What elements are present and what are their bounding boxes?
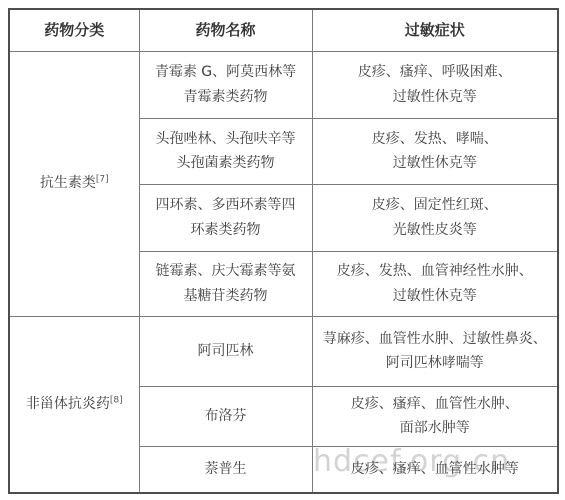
drug-name-cell: 阿司匹林 xyxy=(139,316,312,386)
drug-name-cell: 四环素、多西环素等四 环素类药物 xyxy=(139,184,312,251)
drug-name-cell: 布洛芬 xyxy=(139,386,312,446)
drug-name-cell: 链霉素、庆大霉素等氨 基糖苷类药物 xyxy=(139,251,312,316)
table-row: 非甾体抗炎药[8] 阿司匹林 荨麻疹、血管性水肿、过敏性鼻炎、 阿司匹林哮喘等 xyxy=(9,316,558,386)
category-label: 非甾体抗炎药 xyxy=(26,396,110,412)
table-header-row: 药物分类 药物名称 过敏症状 xyxy=(9,9,558,51)
header-drug-name: 药物名称 xyxy=(139,9,312,51)
drug-name-cell: 青霉素 G、阿莫西林等 青霉素类药物 xyxy=(139,51,312,118)
drug-allergy-table: 药物分类 药物名称 过敏症状 抗生素类[7] 青霉素 G、阿莫西林等 青霉素类药… xyxy=(8,8,559,494)
symptoms-cell: 皮疹、发热、哮喘、 过敏性休克等 xyxy=(312,118,558,184)
page: hdcef.org.cn 药物分类 药物名称 过敏症状 抗生素类[7] 青霉素 … xyxy=(0,0,565,500)
symptoms-cell: 皮疹、瘙痒、血管性水肿等 xyxy=(312,446,558,493)
header-allergy-symptoms: 过敏症状 xyxy=(312,9,558,51)
category-reference: [8] xyxy=(110,395,123,405)
symptoms-cell: 荨麻疹、血管性水肿、过敏性鼻炎、 阿司匹林哮喘等 xyxy=(312,316,558,386)
category-cell-antibiotics: 抗生素类[7] xyxy=(9,51,139,316)
table-row: 抗生素类[7] 青霉素 G、阿莫西林等 青霉素类药物 皮疹、瘙痒、呼吸困难、 过… xyxy=(9,51,558,118)
symptoms-cell: 皮疹、瘙痒、血管性水肿、 面部水肿等 xyxy=(312,386,558,446)
symptoms-cell: 皮疹、瘙痒、呼吸困难、 过敏性休克等 xyxy=(312,51,558,118)
header-drug-category: 药物分类 xyxy=(9,9,139,51)
category-reference: [7] xyxy=(96,175,109,185)
drug-name-cell: 头孢唑林、头孢呋辛等 头孢菌素类药物 xyxy=(139,118,312,184)
drug-name-cell: 萘普生 xyxy=(139,446,312,493)
category-cell-nsaids: 非甾体抗炎药[8] xyxy=(9,316,139,493)
symptoms-cell: 皮疹、固定性红斑、 光敏性皮炎等 xyxy=(312,184,558,251)
symptoms-cell: 皮疹、发热、血管神经性水肿、 过敏性休克等 xyxy=(312,251,558,316)
category-label: 抗生素类 xyxy=(40,175,96,191)
